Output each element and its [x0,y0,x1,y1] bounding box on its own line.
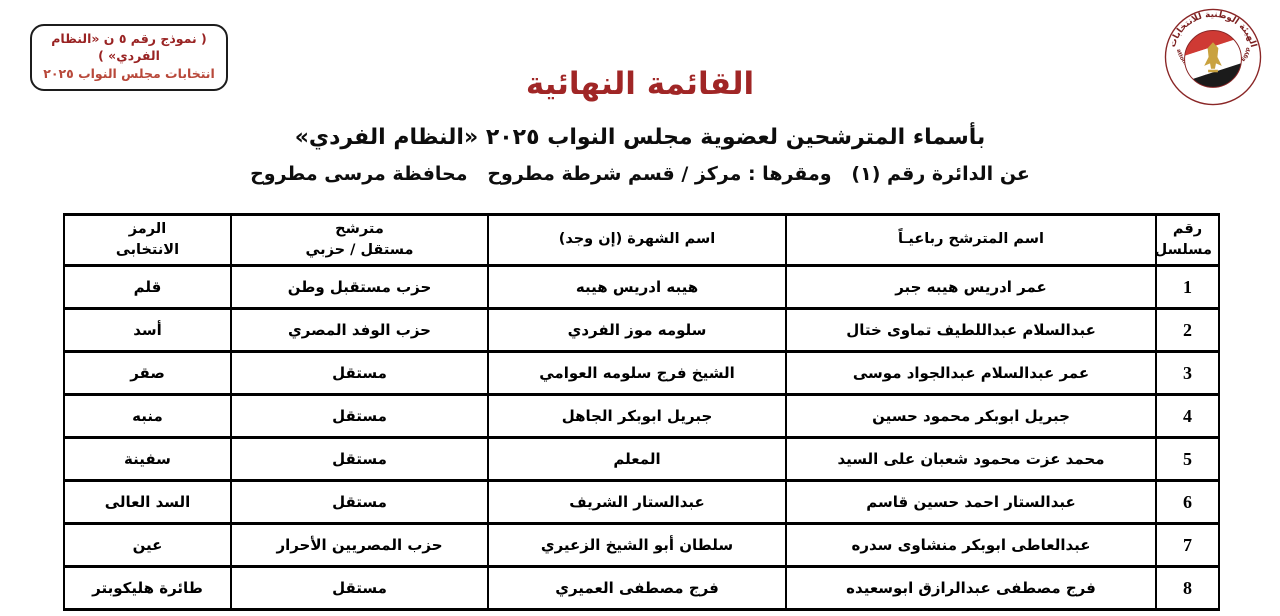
candidate-name: عبدالستار احمد حسين قاسم [786,481,1156,524]
electoral-symbol: عين [64,524,231,567]
candidate-alias: هيبه ادريس هيبه [488,266,786,309]
candidate-alias: سلومه موز الفردي [488,309,786,352]
candidate-affiliation: حزب الوفد المصري [231,309,488,352]
table-row: 3 عمر عبدالسلام عبدالجواد موسى الشيخ فرج… [64,352,1219,395]
candidate-affiliation: مستقل [231,567,488,610]
candidate-name: عمر عبدالسلام عبدالجواد موسى [786,352,1156,395]
electoral-symbol: صقر [64,352,231,395]
candidate-name: عبدالعاطى ابوبكر منشاوى سدره [786,524,1156,567]
electoral-symbol: السد العالى [64,481,231,524]
candidate-name: جبريل ابوبكر محمود حسين [786,395,1156,438]
serial-number: 7 [1156,524,1219,567]
table-row: 2 عبدالسلام عبداللطيف تماوى ختال سلومه م… [64,309,1219,352]
candidate-alias: المعلم [488,438,786,481]
serial-number: 5 [1156,438,1219,481]
candidate-alias: عبدالستار الشريف [488,481,786,524]
table-row: 5 محمد عزت محمود شعبان على السيد المعلم … [64,438,1219,481]
header-candidate-name: اسم المترشح رباعيـاً [786,215,1156,266]
candidate-affiliation: مستقل [231,438,488,481]
serial-number: 2 [1156,309,1219,352]
serial-number: 3 [1156,352,1219,395]
candidate-name: محمد عزت محمود شعبان على السيد [786,438,1156,481]
candidate-name: عبدالسلام عبداللطيف تماوى ختال [786,309,1156,352]
candidates-subtitle: بأسماء المترشحين لعضوية مجلس النواب ٢٠٢٥… [0,125,1280,150]
candidate-name: فرج مصطفى عبدالرازق ابوسعيده [786,567,1156,610]
table-row: 1 عمر ادريس هيبه جبر هيبه ادريس هيبه حزب… [64,266,1219,309]
electoral-symbol: أسد [64,309,231,352]
candidate-affiliation: مستقل [231,395,488,438]
electoral-symbol: منبه [64,395,231,438]
candidate-alias: الشيخ فرج سلومه العوامي [488,352,786,395]
district-info-line: عن الدائرة رقم (١) ومقرها : مركز / قسم ش… [0,163,1280,185]
header-affiliation: مترشح مستقل / حزبي [231,215,488,266]
serial-number: 1 [1156,266,1219,309]
header-alias: اسم الشهرة (إن وجد) [488,215,786,266]
electoral-symbol: سفينة [64,438,231,481]
form-number-text: ( نموذج رقم ٥ ن «النظام الفردي» ) [36,31,222,65]
candidate-alias: سلطان أبو الشيخ الزعيري [488,524,786,567]
serial-number: 8 [1156,567,1219,610]
header-electoral-symbol: الرمز الانتخابى [64,215,231,266]
table-row: 6 عبدالستار احمد حسين قاسم عبدالستار الش… [64,481,1219,524]
candidate-affiliation: مستقل [231,481,488,524]
electoral-symbol: طائرة هليكوبتر [64,567,231,610]
table-row: 8 فرج مصطفى عبدالرازق ابوسعيده فرج مصطفى… [64,567,1219,610]
candidates-table: رقم مسلسل اسم المترشح رباعيـاً اسم الشهر… [63,213,1220,611]
table-row: 4 جبريل ابوبكر محمود حسين جبريل ابوبكر ا… [64,395,1219,438]
table-header-row: رقم مسلسل اسم المترشح رباعيـاً اسم الشهر… [64,215,1219,266]
serial-number: 4 [1156,395,1219,438]
candidate-affiliation: حزب مستقبل وطن [231,266,488,309]
serial-number: 6 [1156,481,1219,524]
document-page: ( نموذج رقم ٥ ن «النظام الفردي» ) انتخاب… [0,0,1280,616]
candidate-alias: جبريل ابوبكر الجاهل [488,395,786,438]
electoral-symbol: قلم [64,266,231,309]
header-serial: رقم مسلسل [1156,215,1219,266]
candidate-alias: فرج مصطفى العميري [488,567,786,610]
candidate-name: عمر ادريس هيبه جبر [786,266,1156,309]
candidate-affiliation: مستقل [231,352,488,395]
page-title: القائمة النهائية [0,66,1280,102]
candidate-affiliation: حزب المصريين الأحرار [231,524,488,567]
table-row: 7 عبدالعاطى ابوبكر منشاوى سدره سلطان أبو… [64,524,1219,567]
